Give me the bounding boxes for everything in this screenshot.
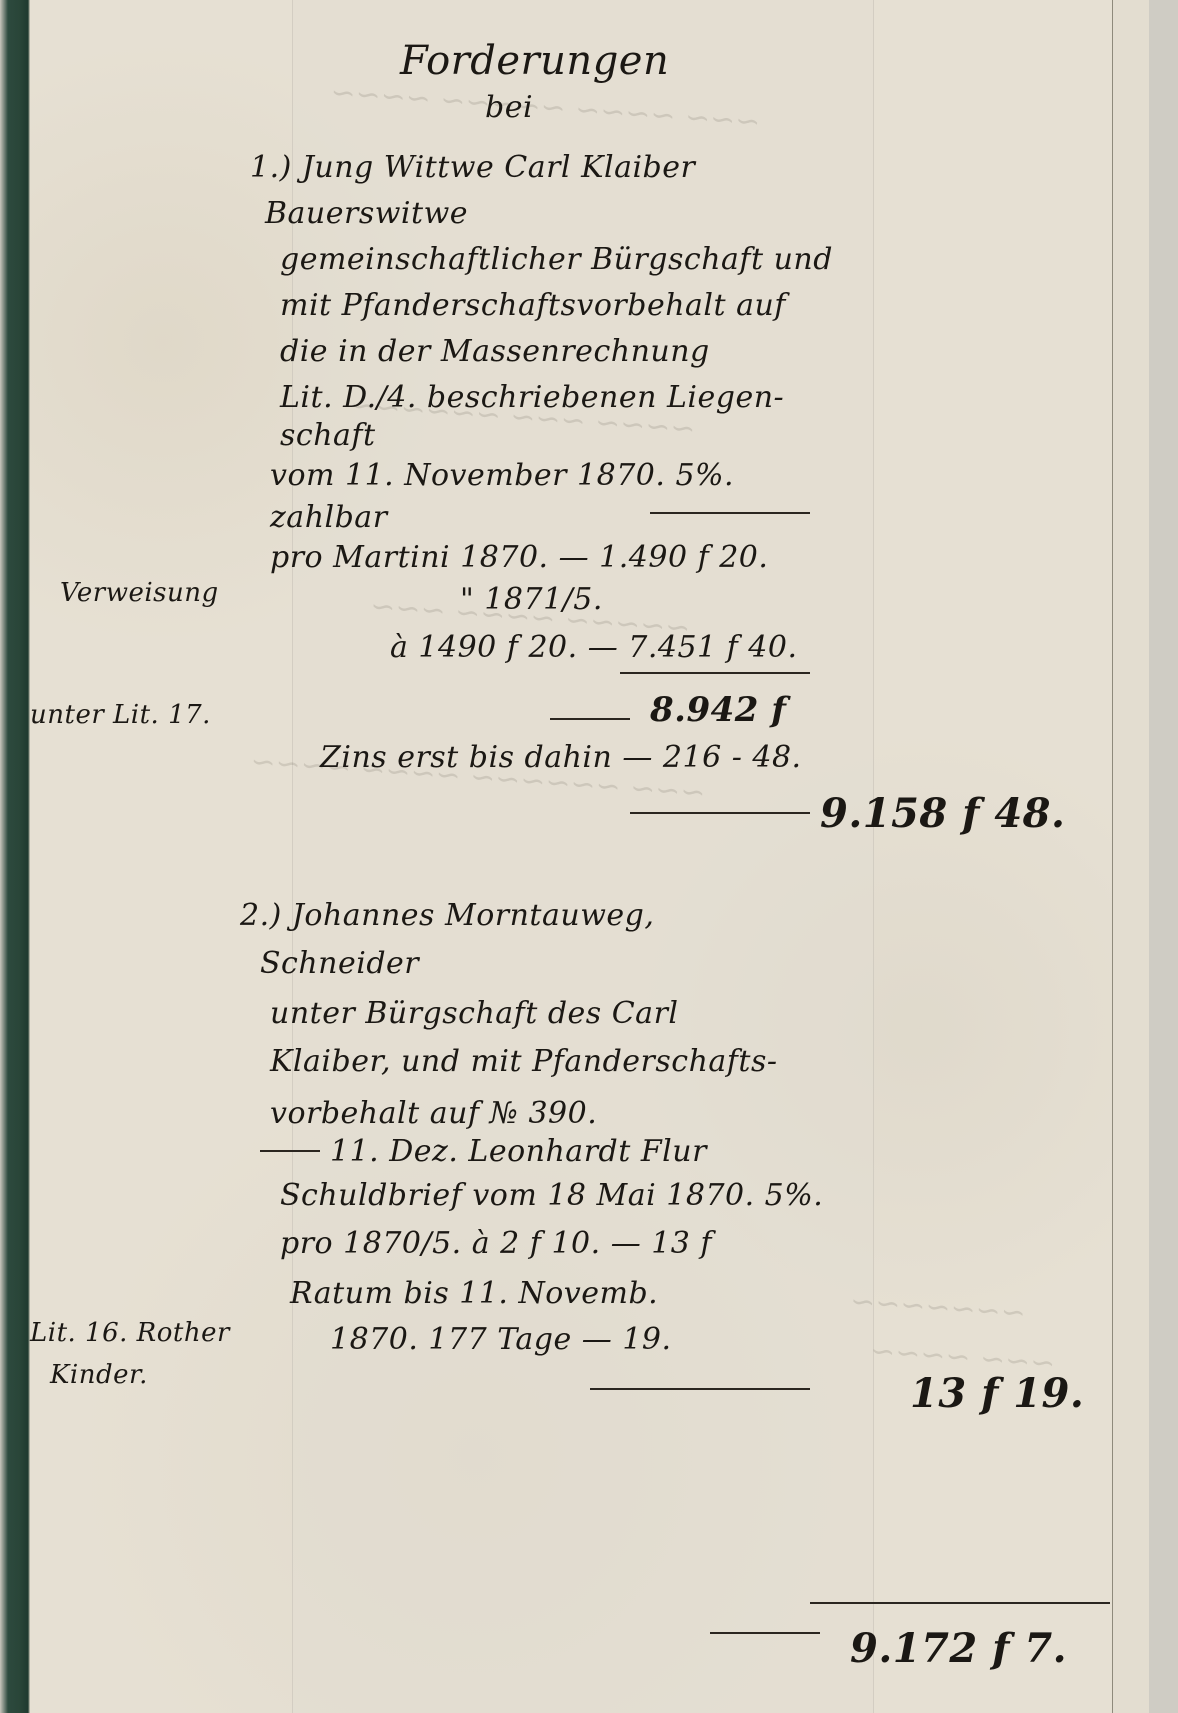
entry-1-line: pro Martini 1870. — 1.490 f 20. (270, 540, 768, 575)
entry-1-total: 9.158 f 48. (820, 790, 1065, 837)
margin-note-reference: Lit. 16. Rother (30, 1318, 230, 1348)
entry-1-line: 1.) Jung Wittwe Carl Klaiber (250, 150, 695, 185)
page-edge (1112, 0, 1149, 1713)
entry-1-subtotal: 8.942 f (650, 690, 786, 730)
entry-2-line: 11. Dez. Leonhardt Flur (330, 1134, 707, 1169)
margin-note-verweisung: Verweisung (60, 578, 219, 608)
grand-total-rule (810, 1602, 1110, 1604)
entry-2-line: pro 1870/5. à 2 f 10. — 13 f (280, 1226, 712, 1261)
leader-rule (710, 1632, 820, 1634)
subtotal-rule (620, 672, 810, 674)
entry-1-line: die in der Massenrechnung (280, 334, 710, 369)
bleed-through-text: ~~~~~~~ (849, 1284, 1027, 1331)
entry-1-line: Bauerswitwe (265, 196, 468, 231)
page-title: Forderungen (400, 38, 669, 84)
entry-2-total: 13 f 19. (910, 1370, 1084, 1417)
entry-2-line: unter Bürgschaft des Carl (270, 996, 679, 1031)
book-binding (0, 0, 30, 1713)
entry-1-line: gemeinschaftlicher Bürgschaft und (280, 242, 833, 277)
entry-2-line: 2.) Johannes Morntauweg, (240, 898, 654, 933)
entry-2-line: vorbehalt auf № 390. (270, 1096, 597, 1131)
margin-note-reference: unter Lit. 17. (30, 700, 211, 730)
entry-1-line: Lit. D./4. beschriebenen Liegen- (280, 380, 784, 415)
grand-total: 9.172 f 7. (850, 1625, 1067, 1672)
entry-1-line: à 1490 f 20. — 7.451 f 40. (390, 630, 798, 665)
entry-2-line: 1870. 177 Tage — 19. (330, 1322, 672, 1357)
ledger-page: ~~~ ~~~~ ~~~~~ ~~~~ ~~~~ ~~~ ~~~~~~ ~~~~… (30, 0, 1142, 1713)
leader-rule (260, 1150, 320, 1152)
total-rule (630, 812, 810, 814)
entry-1-line: mit Pfanderschaftsvorbehalt auf (280, 288, 786, 323)
amount-rule (650, 512, 810, 514)
page-subtitle: bei (485, 90, 533, 125)
entry-1-line: zahlbar (270, 500, 388, 535)
entry-2-line: Schneider (260, 946, 419, 981)
entry-2-line: Ratum bis 11. Novemb. (290, 1276, 658, 1311)
entry-1-line: vom 11. November 1870. 5%. (270, 458, 734, 493)
total-rule (590, 1388, 810, 1390)
entry-2-line: Schuldbrief vom 18 Mai 1870. 5%. (280, 1178, 823, 1213)
leader-rule (550, 718, 630, 720)
margin-note-reference: Kinder. (50, 1360, 148, 1390)
entry-1-line: " 1871/5. (460, 582, 603, 617)
entry-2-line: Klaiber, und mit Pfanderschafts- (270, 1044, 777, 1079)
entry-1-line: Zins erst bis dahin — 216 - 48. (320, 740, 802, 775)
entry-1-line: schaft (280, 418, 376, 453)
